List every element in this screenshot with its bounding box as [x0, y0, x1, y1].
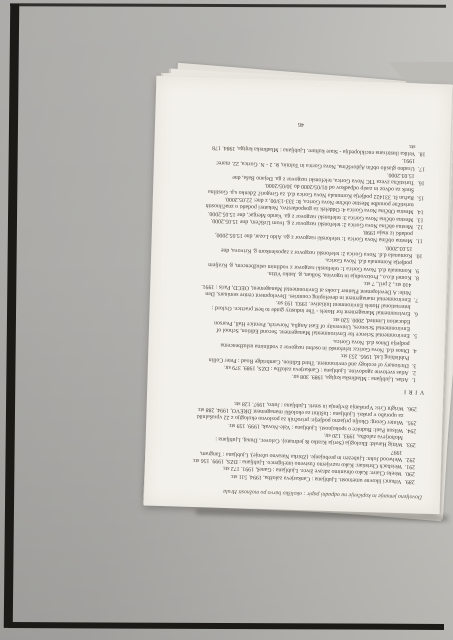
entry-number: 10.	[412, 244, 429, 259]
entry-number: 18.	[415, 142, 432, 157]
entry-number: 2.	[409, 368, 426, 376]
entry-number: 291.	[402, 462, 423, 470]
entry-number: 292.	[402, 447, 423, 462]
entry-number: 9.	[412, 258, 429, 273]
entry-number: 296.	[404, 404, 425, 412]
entry-number: 290.	[402, 469, 423, 477]
scan-edge-left	[4, 4, 20, 628]
entry-number: 11.	[413, 229, 430, 244]
scan-edge-bottom	[8, 622, 444, 630]
entry-number: 5.	[410, 317, 428, 339]
entry-number: 1.	[408, 375, 425, 383]
entry-number: 13.	[413, 215, 430, 223]
entry-number: 16.	[414, 171, 431, 186]
entry-number: 12.	[413, 222, 430, 230]
entry-number: 3.	[409, 353, 426, 368]
page-number: 46	[169, 117, 433, 132]
entry-number: 6.	[410, 302, 427, 317]
viri-heading: VIRI	[161, 380, 424, 395]
bibliography-list: 289.Vrhunci likovne umetnosti. Ljubljana…	[159, 396, 425, 484]
entry-number: 295.	[403, 411, 424, 426]
entry-number: 7.	[411, 280, 429, 302]
entry-number: 14.	[413, 200, 430, 215]
entry-number: 294.	[403, 426, 424, 434]
running-header: Dovoljeno jemanje in kopičenje na odpadn…	[206, 486, 423, 500]
viri-sources-list: 1.Atlas. Ljubljana : Mladinska knjiga, 1…	[162, 134, 433, 383]
entry-number: 293.	[403, 433, 424, 448]
book-page-upside-down: Dovoljeno jemanje in kopičenje na odpadn…	[144, 76, 453, 515]
entry-number: 8.	[411, 273, 428, 281]
scan-edge-top	[10, 3, 446, 8]
entry-number: 15.	[414, 186, 431, 201]
entry-number: 4.	[409, 339, 426, 354]
entry-number: 289.	[401, 477, 422, 485]
entry-number: 17.	[415, 156, 432, 171]
